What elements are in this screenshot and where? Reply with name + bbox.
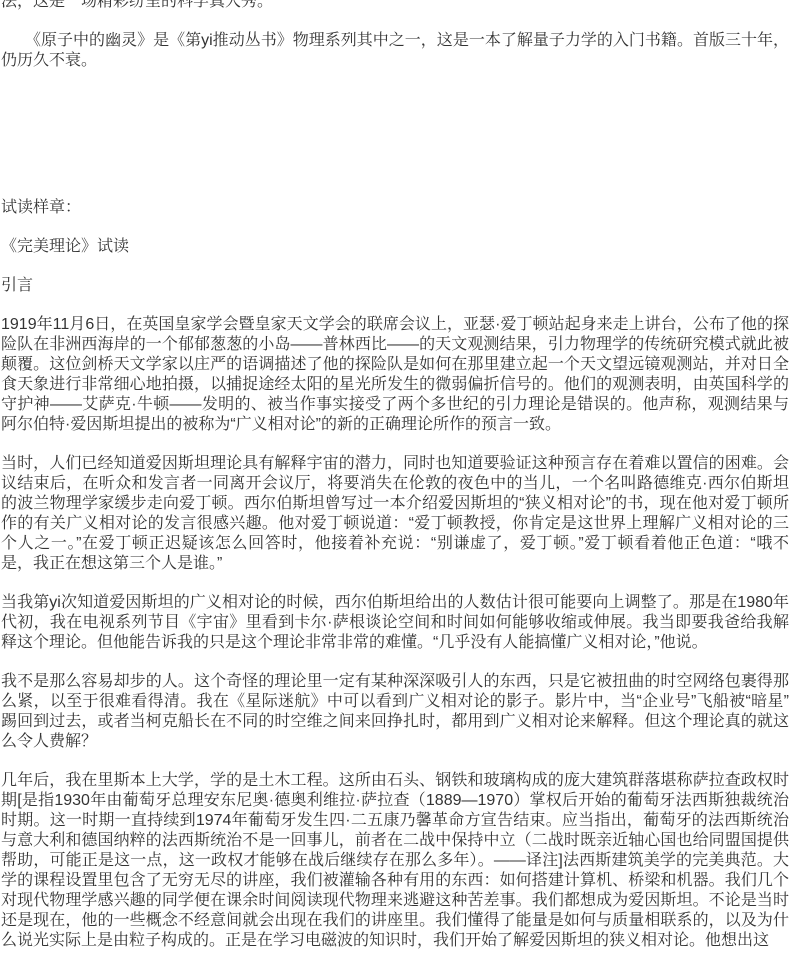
- paragraph-star-trek: 我不是那么容易却步的人。这个奇怪的理论里一定有某种深深吸引人的东西，只是它被扭曲…: [1, 672, 789, 752]
- section-heading-introduction: 引言: [1, 276, 789, 296]
- sample-chapter-heading: 试读样章：: [1, 198, 789, 218]
- blank-gap: [1, 90, 789, 198]
- paragraph-book-series-note: 《原子中的幽灵》是《第yi推动丛书》物理系列其中之一，这是一本了解量子力学的入门…: [1, 31, 789, 71]
- paragraph-cutoff-top: 法，这是一场精彩纷呈的科学真人秀。: [1, 0, 789, 12]
- paragraph-cosmos-memory: 当我第yi次知道爱因斯坦的广义相对论的时候，西尔伯斯坦给出的人数估计很可能要向上…: [1, 593, 789, 653]
- paragraph-silberstein-anecdote: 当时，人们已经知道爱因斯坦理论具有解释宇宙的潜力，同时也知道要验证这种预言存在着…: [1, 454, 789, 574]
- book-description-page: 法，这是一场精彩纷呈的科学真人秀。 《原子中的幽灵》是《第yi推动丛书》物理系列…: [0, 0, 790, 951]
- paragraph-lisbon-university: 几年后，我在里斯本上大学，学的是土木工程。这所由石头、钢铁和玻璃构成的庞大建筑群…: [1, 771, 789, 951]
- paragraph-eddington-announcement: 1919年11月6日，在英国皇家学会暨皇家天文学会的联席会议上，亚瑟·爱丁顿站起…: [1, 315, 789, 435]
- book-trial-title: 《完美理论》试读: [1, 237, 789, 257]
